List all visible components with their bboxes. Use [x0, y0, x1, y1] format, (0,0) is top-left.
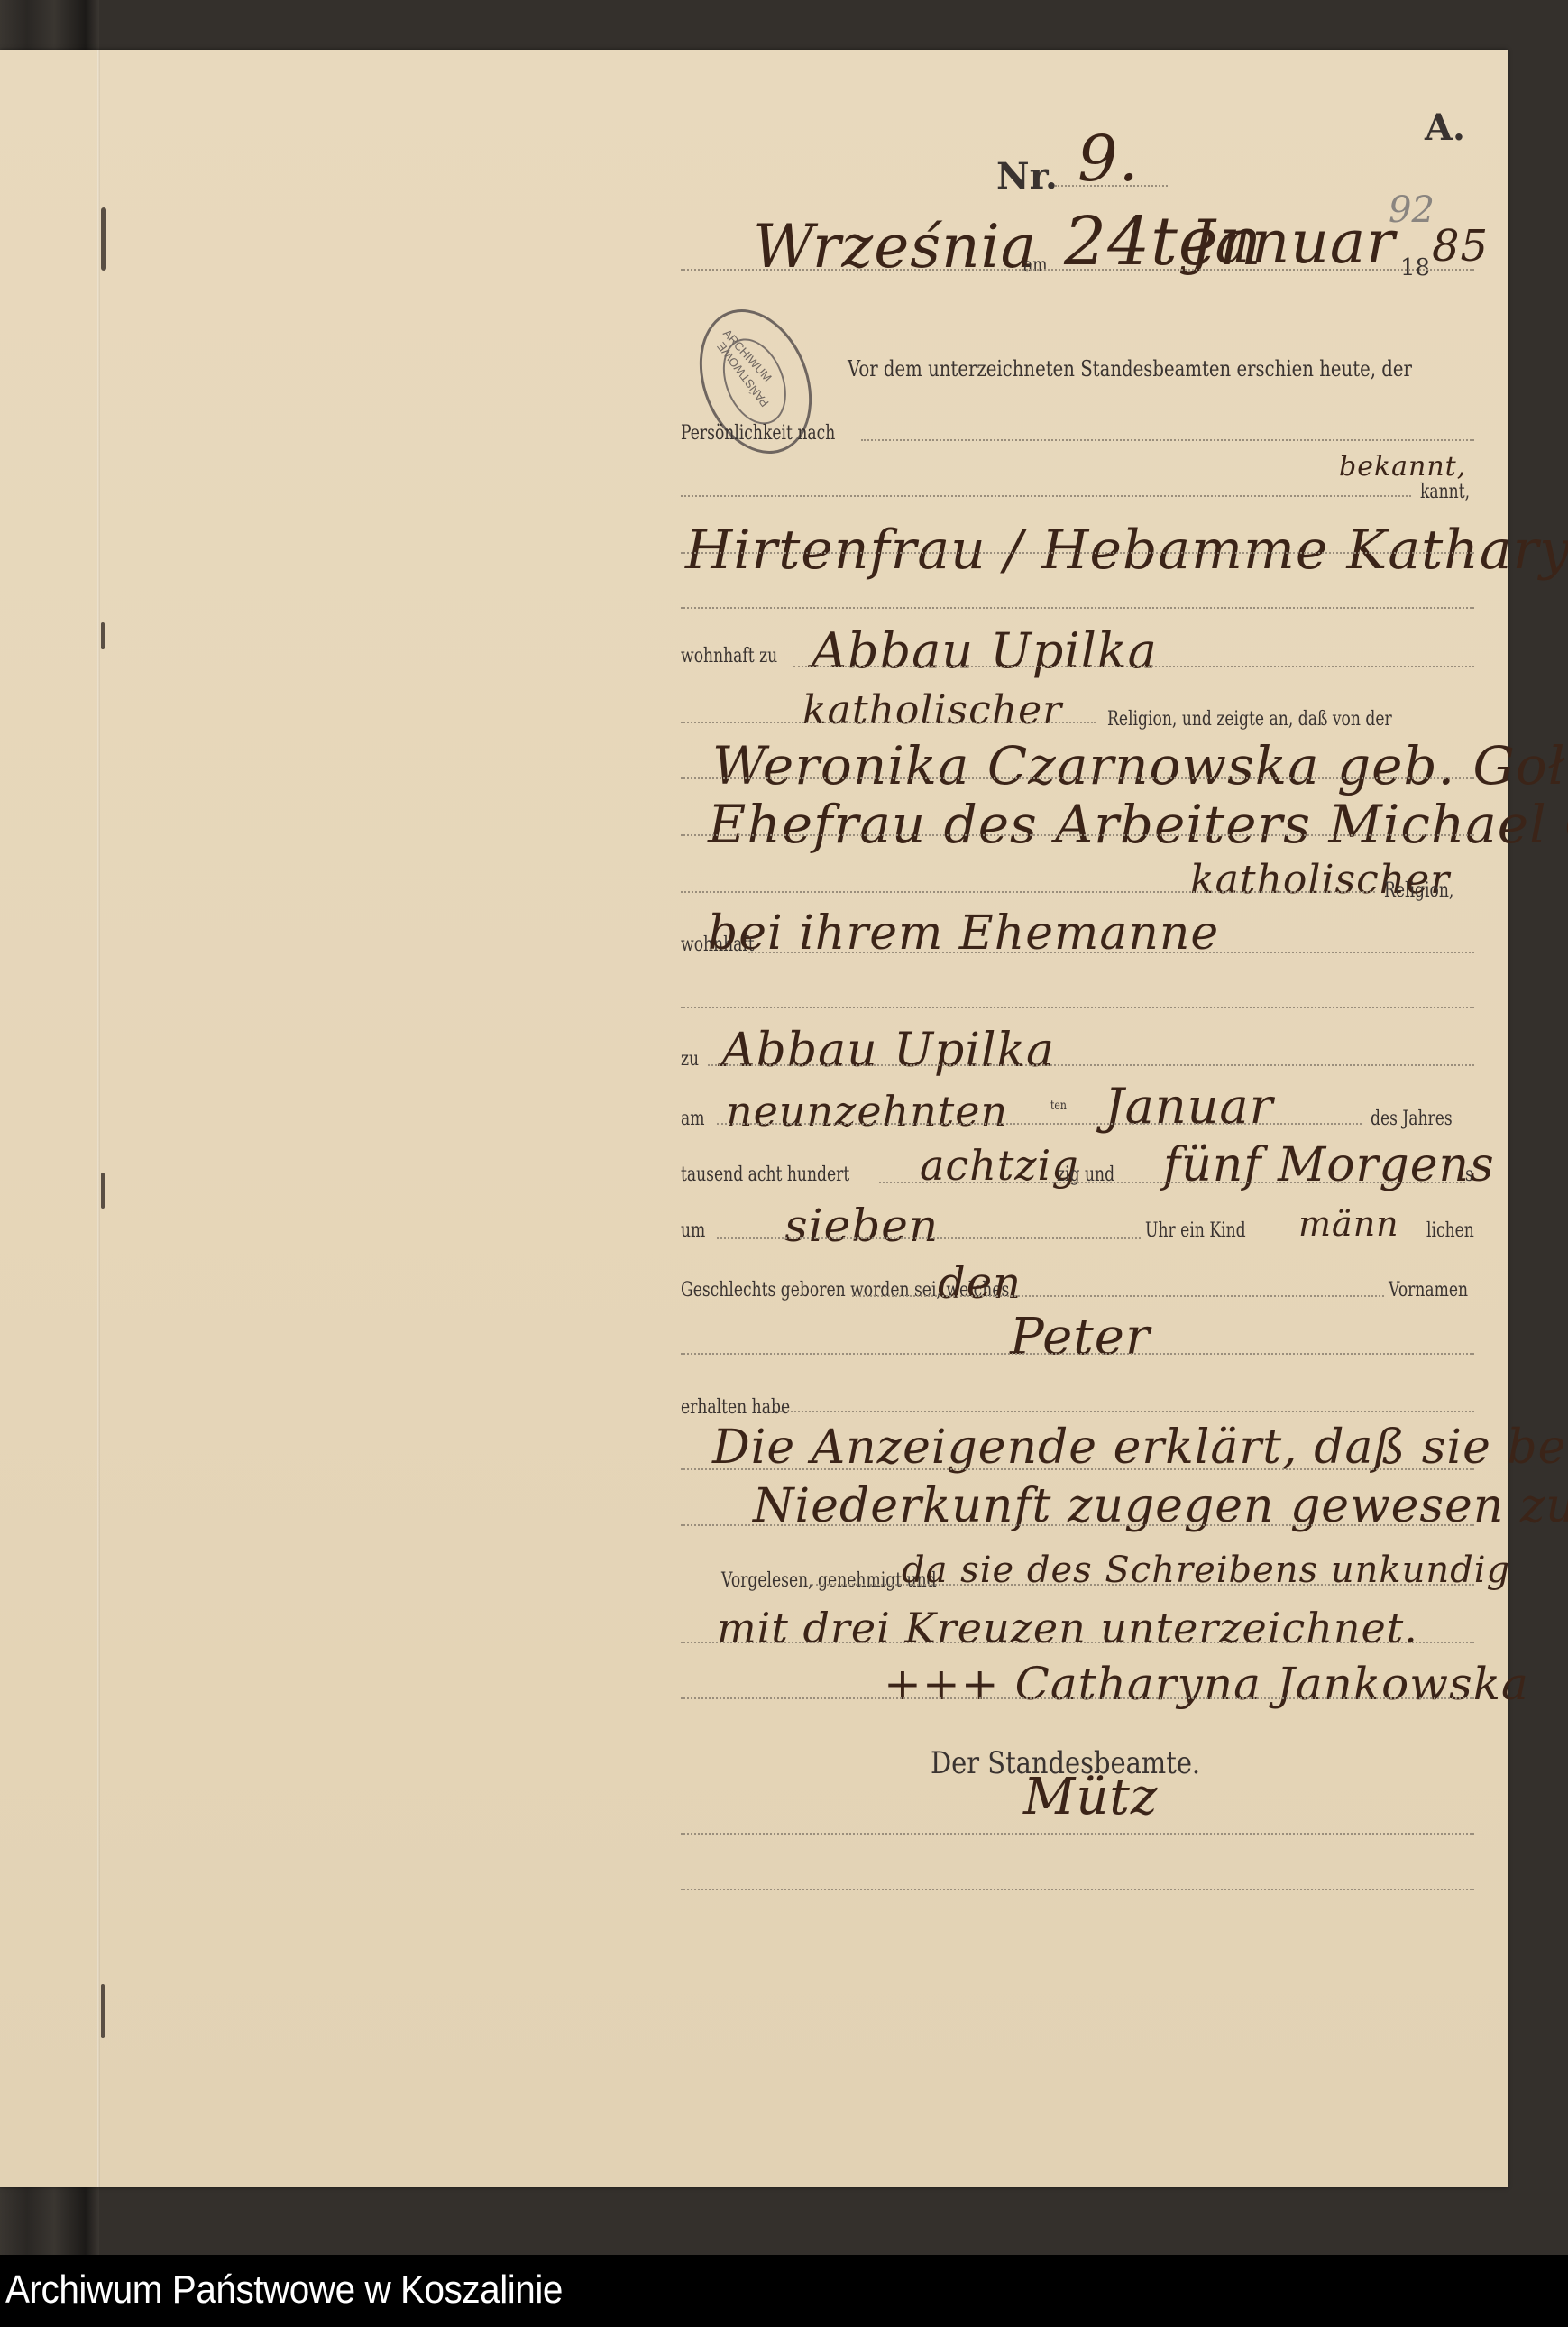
closing-line [681, 1642, 1474, 1643]
informant-signature: +++ Catharyna Jankowska [884, 1658, 1529, 1710]
vorgelesen-line [812, 1584, 1474, 1586]
year-line [879, 1182, 1465, 1183]
paper-tear [101, 1984, 105, 2038]
kannt-label: kannt, [1420, 481, 1470, 503]
vornamen-label: Vornamen [1389, 1279, 1468, 1301]
religion1-label: Religion, und zeigte an, daß von der [1107, 708, 1392, 731]
um-label: um [681, 1219, 705, 1242]
welches-value: den [938, 1258, 1022, 1309]
uhr-label: Uhr ein Kind [1145, 1219, 1246, 1242]
mother-husband: Ehefrau des Arbeiters Michael Czarnowski [708, 794, 1568, 855]
blank-line-2 [681, 1007, 1474, 1008]
religion1-line [681, 722, 1096, 723]
known-value: bekannt, [1339, 451, 1466, 483]
lichen-label: lichen [1426, 1219, 1474, 1242]
closing-text: mit drei Kreuzen unterzeichnet. [717, 1604, 1418, 1652]
page-fold [97, 50, 100, 2187]
intro-text: Vor dem unterzeichneten Standesbeamten e… [848, 356, 1412, 382]
religion2-label: Religion, [1384, 879, 1453, 902]
archive-caption-bar: Archiwum Państwowe w Koszalinie [0, 2255, 1568, 2327]
place-name: Września [753, 212, 1037, 281]
mother-line2 [681, 834, 1474, 836]
informant-line [681, 552, 1474, 554]
official-line [681, 1833, 1474, 1835]
resident-value: Abbau Upilka [812, 622, 1158, 679]
year-prefix: 18 [1400, 254, 1430, 281]
vornamen-line [852, 1295, 1384, 1297]
birth-day: neunzehnten [726, 1087, 1008, 1136]
year-suffix: 85 [1432, 221, 1489, 271]
birth-month: Januar [1105, 1078, 1273, 1135]
nr-label: Nr. [996, 155, 1058, 198]
tausend-label: tausend acht hundert [681, 1163, 849, 1186]
paper-tear [101, 622, 105, 649]
zu-label: zu [681, 1048, 699, 1071]
blank-line [681, 607, 1474, 609]
s-label: s [1465, 1163, 1473, 1186]
remark-line-1: Die Anzeigende erklärt, daß sie bei der [712, 1421, 1568, 1475]
paper-tear [101, 207, 106, 271]
hour-line [717, 1237, 1141, 1239]
record-number: 9. [1077, 122, 1140, 196]
given-name: Peter [1010, 1308, 1151, 1366]
remark-line1 [681, 1468, 1474, 1470]
resident-label: wohnhaft zu [681, 645, 777, 667]
religion1-value: katholischer [802, 687, 1062, 733]
am-label: am [1023, 254, 1048, 277]
known-line [681, 495, 1411, 497]
birth-date-line [717, 1123, 1362, 1125]
personality-label: Persönlichkeit nach [681, 422, 835, 445]
date-month: Januar [1190, 207, 1396, 277]
zu-line [708, 1064, 1474, 1066]
archive-caption: Archiwum Państwowe w Koszalinie [5, 2267, 563, 2313]
hour-value: sieben [784, 1200, 939, 1252]
erhalten-label: erhalten habe [681, 1396, 790, 1419]
religion2-line [681, 891, 1375, 893]
sex-value: männ [1298, 1204, 1399, 1244]
signature-line [681, 1697, 1474, 1699]
year-units: fünf Morgens [1163, 1138, 1495, 1192]
mother-resident-line [748, 952, 1474, 953]
erhalten-line [775, 1411, 1474, 1412]
mother-line1 [681, 777, 1474, 779]
mother-name: Weronika Czarnowska geb. Gołtowicz [712, 735, 1568, 796]
form-letter: A. [1425, 106, 1465, 149]
official-signature: Mütz [1023, 1768, 1158, 1826]
given-name-line [681, 1353, 1474, 1355]
resident-line [793, 666, 1474, 667]
zu-value: Abbau Upilka [721, 1024, 1055, 1078]
place-date-line [681, 269, 1474, 271]
ten-label: ten [1050, 1099, 1067, 1113]
paper-tear [101, 1173, 105, 1209]
informant-name: Hirtenfrau / Hebamme Katharyna Jankowska [685, 519, 1568, 582]
des-jahres-label: des Jahres [1371, 1108, 1453, 1130]
personality-line [861, 439, 1474, 441]
am-label-2: am [681, 1108, 705, 1130]
pencil-note: 92 [1389, 189, 1435, 231]
blank-line-3 [681, 1889, 1474, 1890]
remark-line2 [681, 1524, 1474, 1526]
